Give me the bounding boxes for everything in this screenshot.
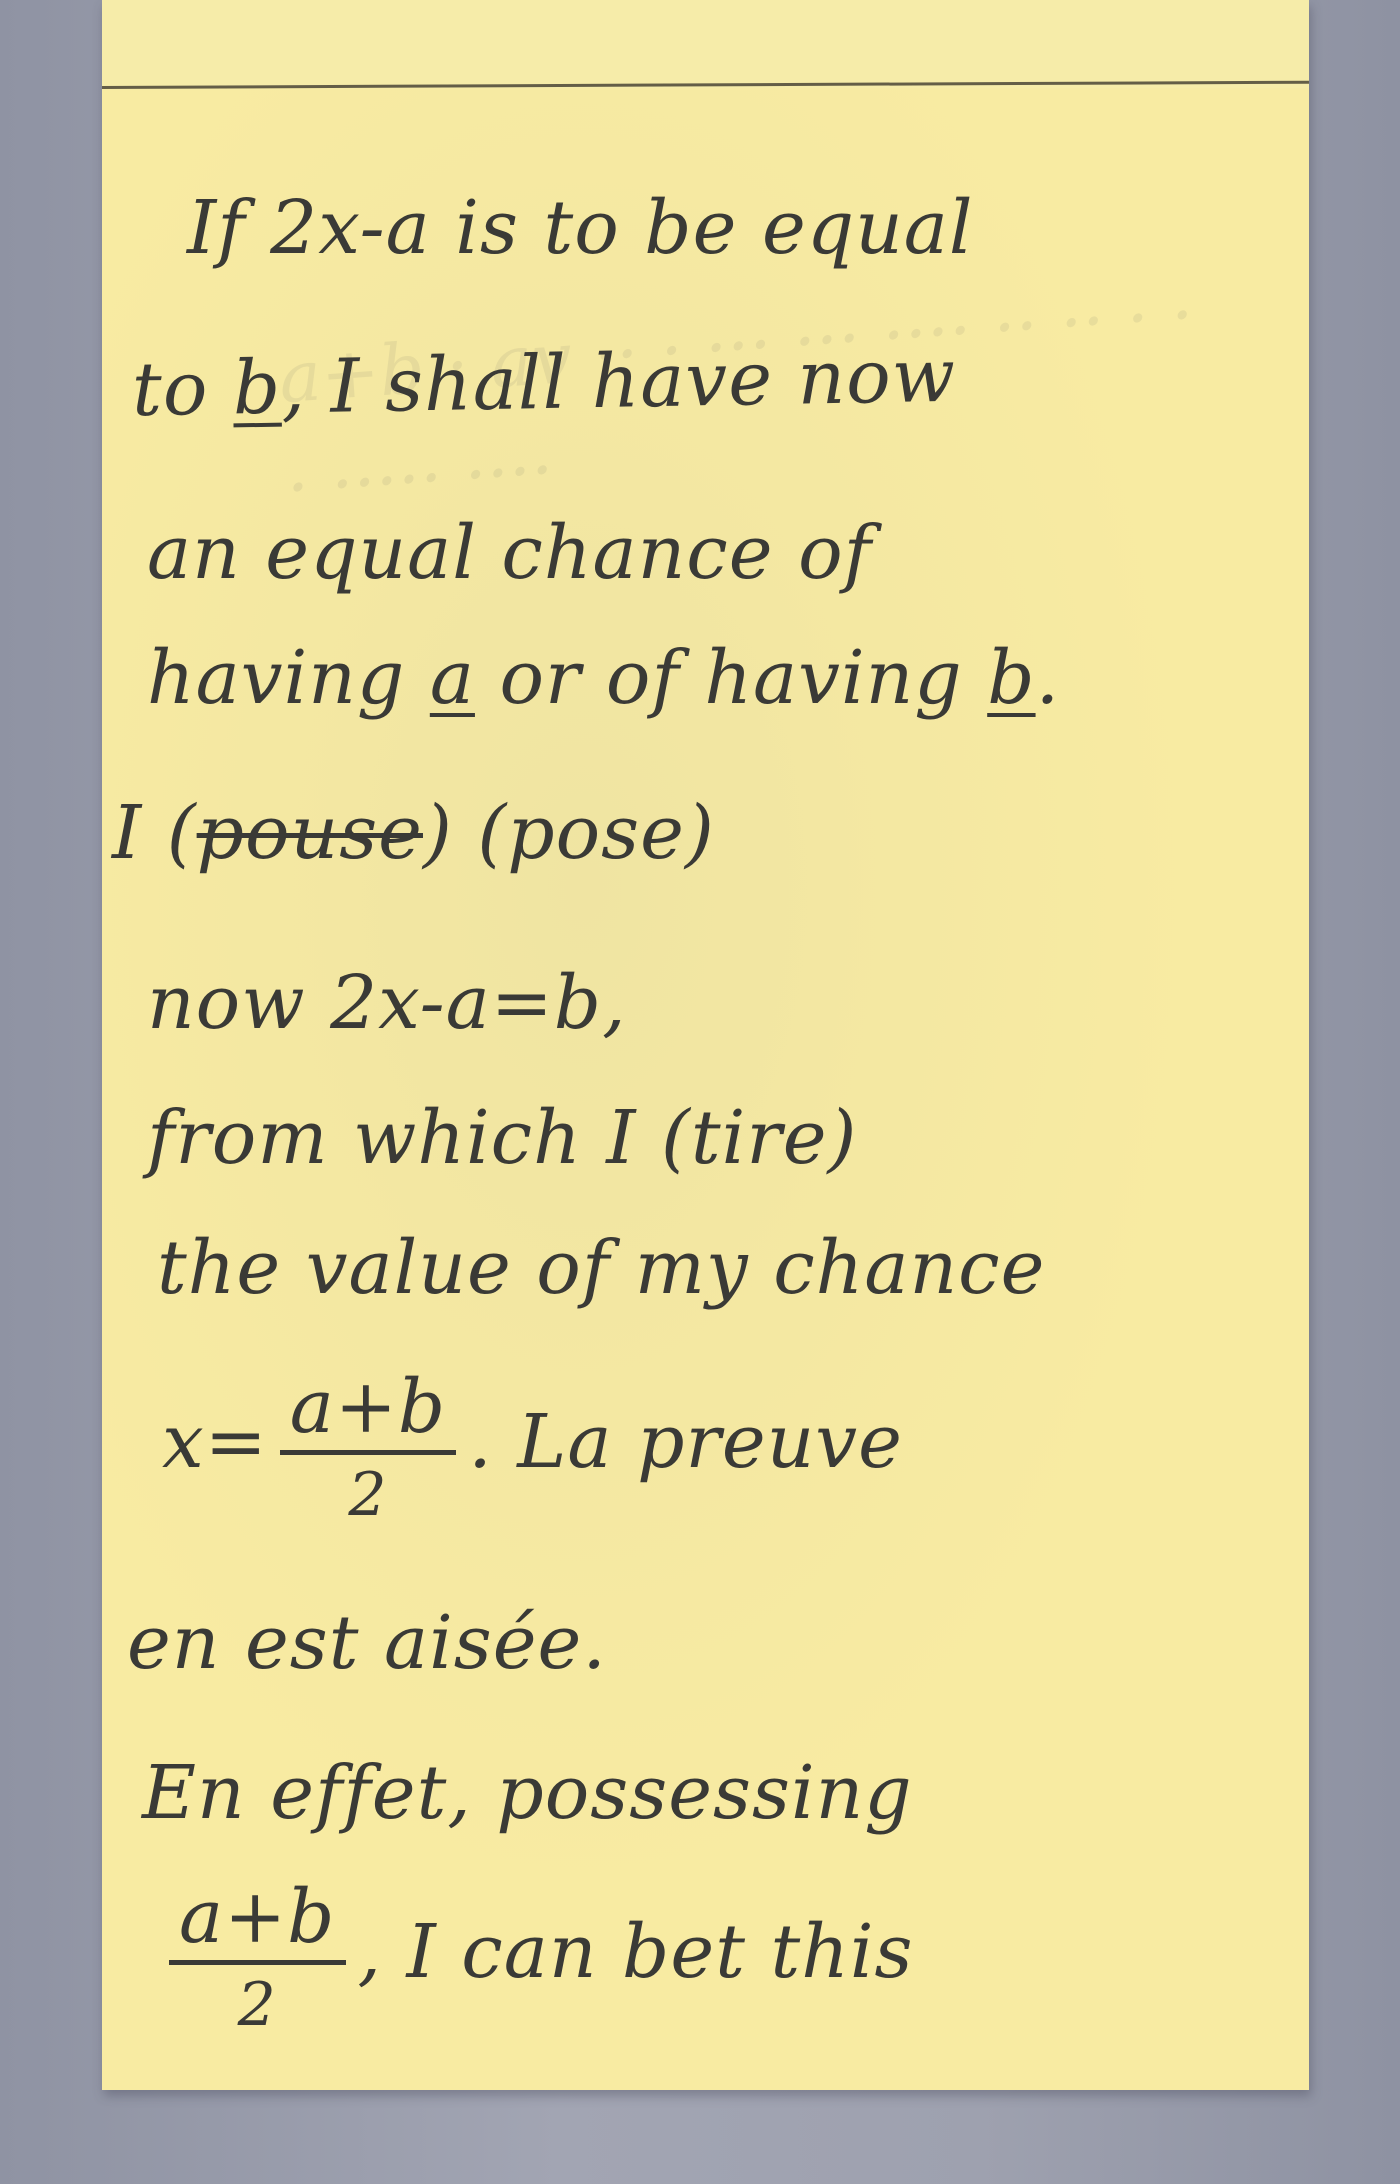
note-line-3: an equal chance of [147,510,872,596]
note-line-7: from which I (tire) [147,1095,857,1181]
struck-word: pouse [197,790,423,876]
note-line-10: en est aisée. [127,1600,607,1686]
note-line-9: x=a+b2. La preuve [162,1370,903,1525]
note-line-6: now 2x-a=b, [147,960,627,1046]
notepad-page: a+b · av ·· · ··· ··· ···· ·· ·· · · · ·… [102,0,1309,2090]
note-line-4: having a or of having b. [147,635,1060,721]
notepad-binding-strip [102,0,1309,88]
fraction: a+b2 [169,1880,346,2035]
fraction: a+b2 [280,1370,457,1525]
note-line-11: En effet, possessing [142,1750,913,1836]
underlined-b: b [232,345,282,432]
note-line-1: If 2x-a is to be equal [187,185,974,271]
note-line-12: a+b2, I can bet this [157,1880,914,2035]
note-line-8: the value of my chance [157,1225,1045,1311]
note-page-body: a+b · av ·· · ··· ··· ···· ·· ·· · · · ·… [102,90,1309,2090]
note-line-2: to b, I shall have now [131,333,956,433]
note-line-5: I (pouse) (pose) [112,790,715,876]
underlined-b: b [987,635,1035,721]
underlined-a: a [430,635,475,721]
